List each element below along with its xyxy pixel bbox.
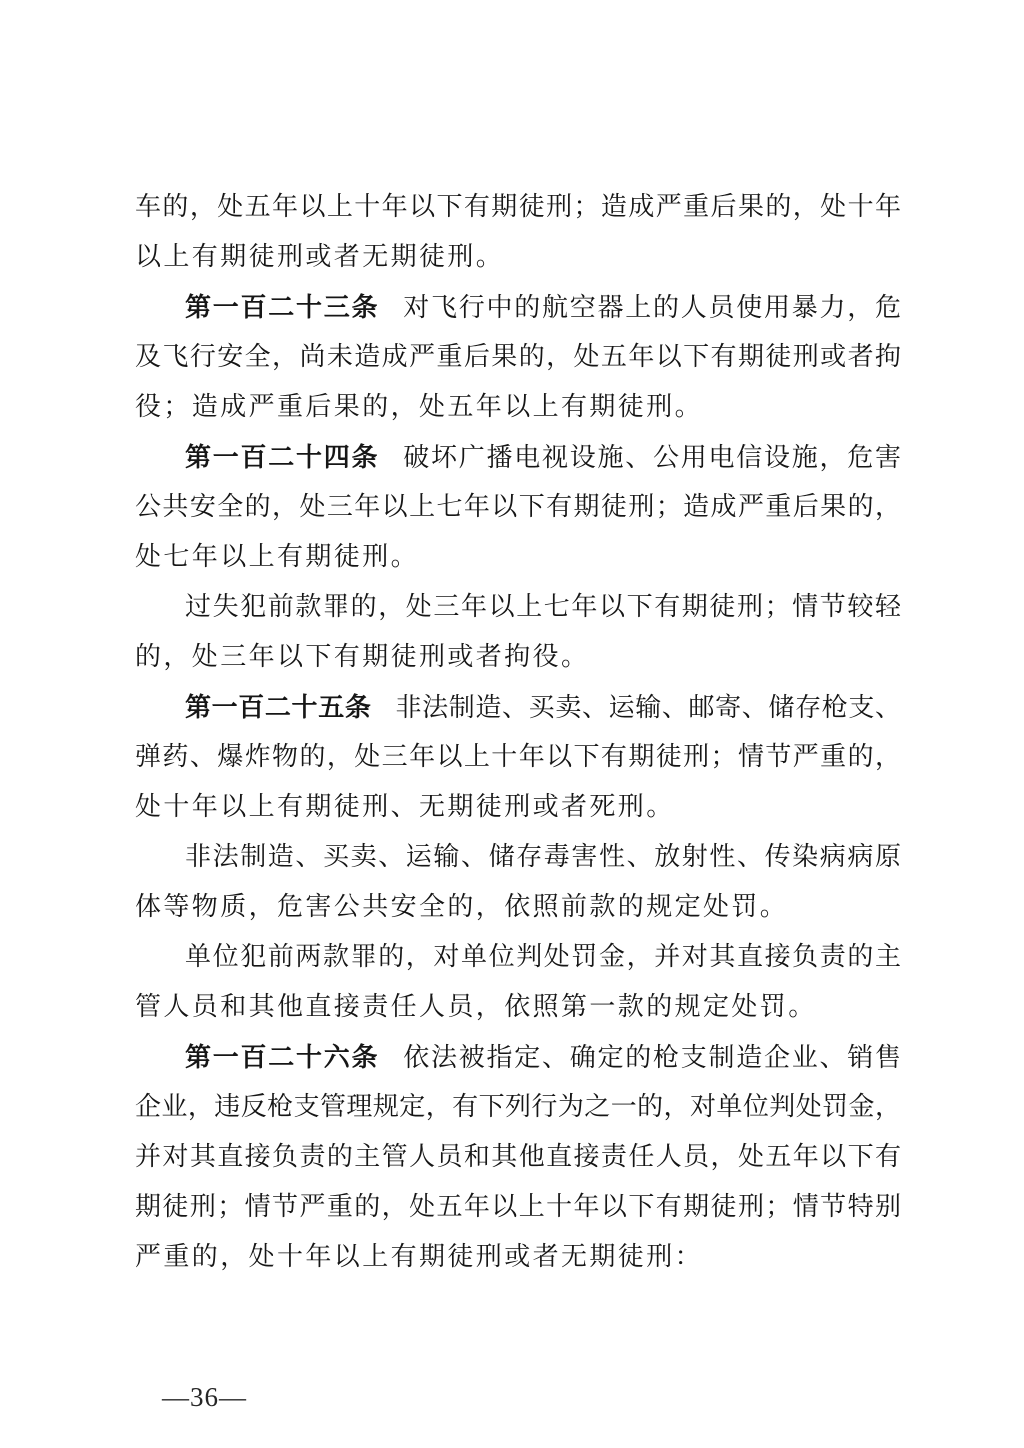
page-number: —36— — [162, 1381, 247, 1413]
line-text: 破坏广播电视设施、公用电信设施，危害 — [403, 443, 901, 472]
line-text: 非法制造、买卖、运输、邮寄、储存枪支、 — [395, 693, 901, 722]
text-line: 非法制造、买卖、运输、储存毒害性、放射性、传染病病原 — [135, 832, 901, 882]
text-line: 处十年以上有期徒刑、无期徒刑或者死刑。 — [135, 782, 901, 832]
text-line: 期徒刑；情节严重的，处五年以上十年以下有期徒刑；情节特别 — [135, 1182, 901, 1232]
line-text: 严重的，处十年以上有期徒刑或者无期徒刑： — [135, 1242, 703, 1271]
text-line: 并对其直接负责的主管人员和其他直接责任人员，处五年以下有 — [135, 1132, 901, 1182]
line-text: 以上有期徒刑或者无期徒刑。 — [135, 242, 504, 271]
text-line: 公共安全的，处三年以上七年以下有期徒刑；造成严重后果的， — [135, 482, 901, 532]
text-line: 第一百二十四条破坏广播电视设施、公用电信设施，危害 — [135, 432, 901, 482]
line-text: 的，处三年以下有期徒刑或者拘役。 — [135, 642, 589, 671]
line-text: 过失犯前款罪的，处三年以上七年以下有期徒刑；情节较轻 — [185, 592, 901, 621]
text-line: 第一百二十六条依法被指定、确定的枪支制造企业、销售 — [135, 1032, 901, 1082]
article-heading: 第一百二十六条 — [185, 1042, 379, 1072]
text-line: 管人员和其他直接责任人员，依照第一款的规定处罚。 — [135, 982, 901, 1032]
article-heading: 第一百二十五条 — [185, 692, 371, 722]
document-page: 车的，处五年以上十年以下有期徒刑；造成严重后果的，处十年 以上有期徒刑或者无期徒… — [0, 0, 1024, 1448]
line-text: 弹药、爆炸物的，处三年以上十年以下有期徒刑；情节严重的， — [135, 742, 901, 771]
line-text: 处七年以上有期徒刑。 — [135, 542, 419, 571]
text-line: 过失犯前款罪的，处三年以上七年以下有期徒刑；情节较轻 — [135, 582, 901, 632]
text-line: 的，处三年以下有期徒刑或者拘役。 — [135, 632, 901, 682]
text-line: 第一百二十三条对飞行中的航空器上的人员使用暴力，危 — [135, 282, 901, 332]
line-text: 期徒刑；情节严重的，处五年以上十年以下有期徒刑；情节特别 — [135, 1192, 901, 1221]
line-text: 车的，处五年以上十年以下有期徒刑；造成严重后果的，处十年 — [135, 192, 901, 221]
text-line: 役；造成严重后果的，处五年以上有期徒刑。 — [135, 382, 901, 432]
article-heading: 第一百二十四条 — [185, 442, 379, 472]
text-line: 企业，违反枪支管理规定，有下列行为之一的，对单位判处罚金， — [135, 1082, 901, 1132]
text-line: 以上有期徒刑或者无期徒刑。 — [135, 232, 901, 282]
text-line: 严重的，处十年以上有期徒刑或者无期徒刑： — [135, 1232, 901, 1282]
text-line: 体等物质，危害公共安全的，依照前款的规定处罚。 — [135, 882, 901, 932]
line-text: 依法被指定、确定的枪支制造企业、销售 — [403, 1043, 901, 1072]
text-line: 处七年以上有期徒刑。 — [135, 532, 901, 582]
text-line: 单位犯前两款罪的，对单位判处罚金，并对其直接负责的主 — [135, 932, 901, 982]
article-heading: 第一百二十三条 — [185, 292, 379, 322]
line-text: 役；造成严重后果的，处五年以上有期徒刑。 — [135, 392, 703, 421]
line-text: 体等物质，危害公共安全的，依照前款的规定处罚。 — [135, 892, 788, 921]
line-text: 及飞行安全，尚未造成严重后果的，处五年以下有期徒刑或者拘 — [135, 342, 901, 371]
line-text: 单位犯前两款罪的，对单位判处罚金，并对其直接负责的主 — [185, 942, 901, 971]
text-block: 车的，处五年以上十年以下有期徒刑；造成严重后果的，处十年 以上有期徒刑或者无期徒… — [135, 182, 901, 1282]
text-line: 第一百二十五条非法制造、买卖、运输、邮寄、储存枪支、 — [135, 682, 901, 732]
text-line: 车的，处五年以上十年以下有期徒刑；造成严重后果的，处十年 — [135, 182, 901, 232]
line-text: 企业，违反枪支管理规定，有下列行为之一的，对单位判处罚金， — [135, 1092, 901, 1121]
line-text: 并对其直接负责的主管人员和其他直接责任人员，处五年以下有 — [135, 1142, 901, 1171]
line-text: 对飞行中的航空器上的人员使用暴力，危 — [403, 293, 901, 322]
text-line: 及飞行安全，尚未造成严重后果的，处五年以下有期徒刑或者拘 — [135, 332, 901, 382]
line-text: 管人员和其他直接责任人员，依照第一款的规定处罚。 — [135, 992, 817, 1021]
line-text: 非法制造、买卖、运输、储存毒害性、放射性、传染病病原 — [185, 842, 901, 871]
line-text: 处十年以上有期徒刑、无期徒刑或者死刑。 — [135, 792, 675, 821]
line-text: 公共安全的，处三年以上七年以下有期徒刑；造成严重后果的， — [135, 492, 901, 521]
text-line: 弹药、爆炸物的，处三年以上十年以下有期徒刑；情节严重的， — [135, 732, 901, 782]
